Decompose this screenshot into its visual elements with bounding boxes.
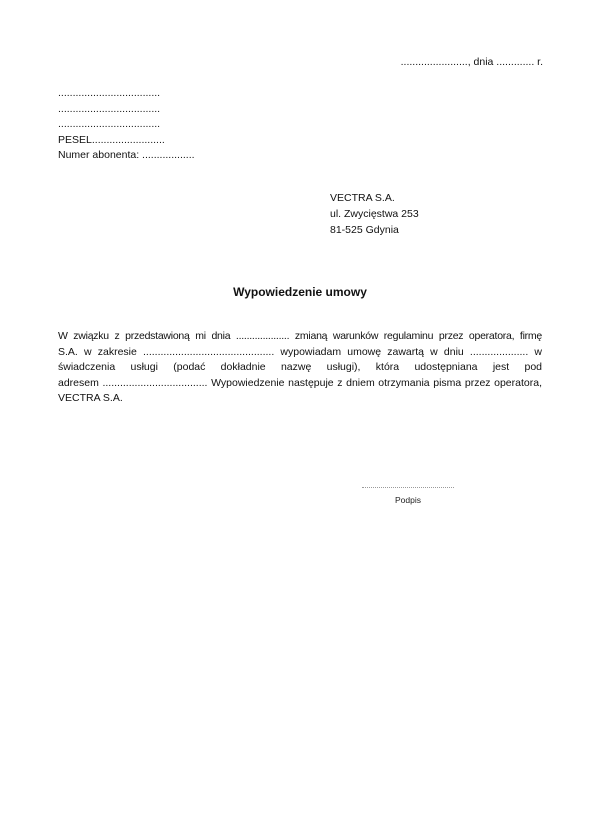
recipient-street: ul. Zwycięstwa 253 (330, 206, 419, 222)
body-line-4: adresem ................................… (58, 376, 542, 392)
body-line-3: świadczenia usługi (podać dokładnie nazw… (58, 360, 542, 376)
recipient-city: 81-525 Gdynia (330, 222, 419, 238)
sender-pesel-line: PESEL......................... (58, 133, 195, 149)
sender-address-line-1: ................................... (58, 102, 195, 118)
body-line-5: VECTRA S.A. (58, 391, 542, 407)
sender-block: ................................... ....… (58, 86, 195, 164)
recipient-company: VECTRA S.A. (330, 190, 419, 206)
signature-label: Podpis (362, 495, 454, 505)
document-title: Wypowiedzenie umowy (0, 285, 600, 299)
body-line-2: S.A. w zakresie ........................… (58, 345, 542, 361)
recipient-block: VECTRA S.A. ul. Zwycięstwa 253 81-525 Gd… (330, 190, 419, 238)
signature-dotted-line (362, 487, 454, 488)
sender-subscriber-number-line: Numer abonenta: .................. (58, 148, 195, 164)
sender-name-line: ................................... (58, 86, 195, 102)
body-paragraph: W związku z przedstawioną mi dnia ......… (58, 329, 542, 407)
sender-address-line-2: ................................... (58, 117, 195, 133)
place-and-date-line: ......................., dnia ..........… (401, 55, 543, 69)
body-line-1: W związku z przedstawioną mi dnia ......… (58, 329, 542, 345)
document-page: ......................., dnia ..........… (0, 0, 600, 825)
